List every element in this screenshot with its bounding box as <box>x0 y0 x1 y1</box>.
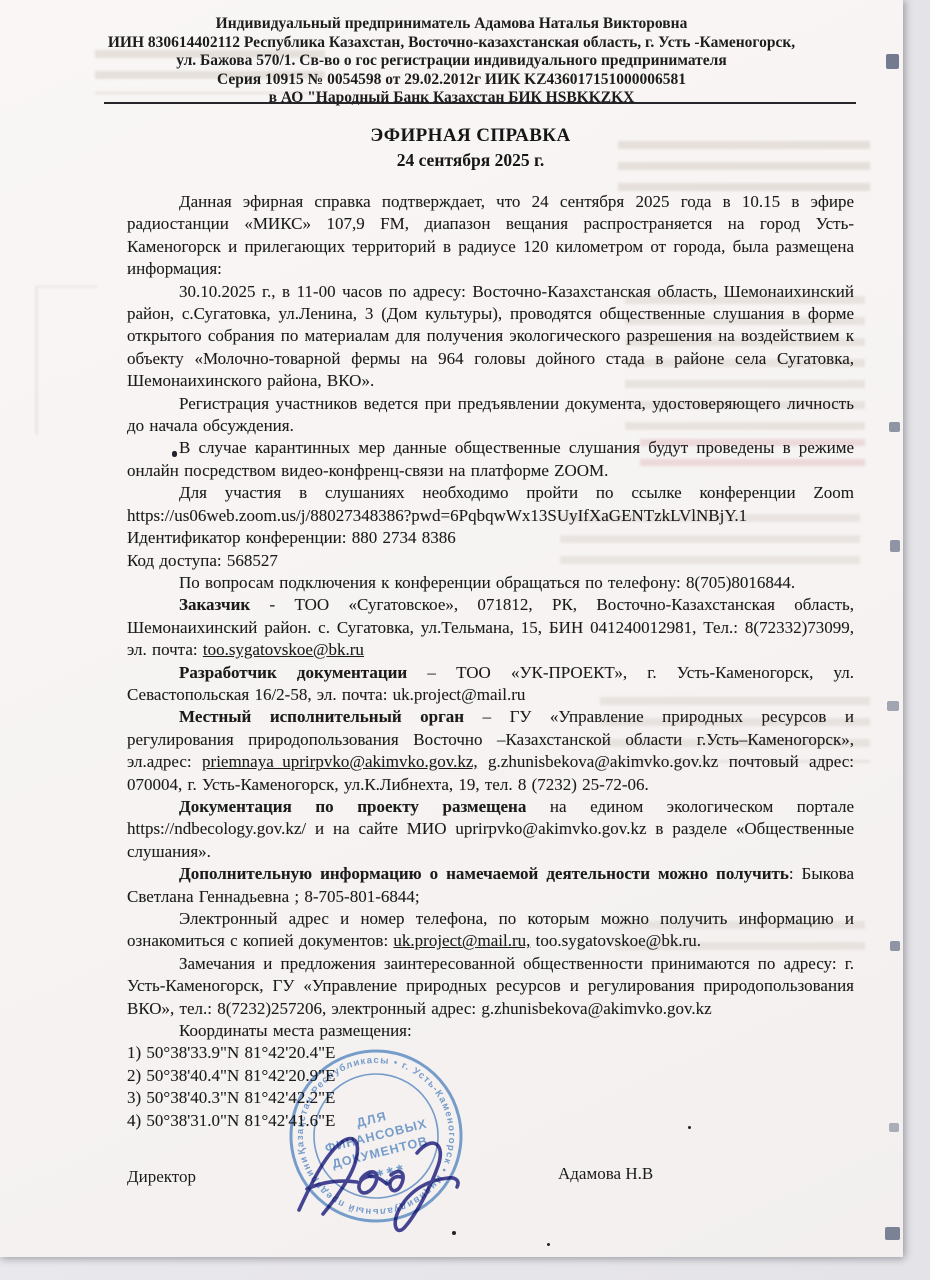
header-divider <box>104 102 856 104</box>
paragraph: Разработчик документации – ТОО «УК-ПРОЕК… <box>127 662 854 707</box>
paragraph: Идентификатор конференции: 880 2734 8386 <box>127 527 854 549</box>
paragraph: Данная эфирная справка подтверждает, что… <box>127 191 854 281</box>
paragraph: Местный исполнительный орган – ГУ «Управ… <box>127 706 854 796</box>
scan-edge-mark <box>889 422 900 432</box>
paragraph: 1) 50°38'33.9"N 81°42'20.4"E <box>127 1042 854 1064</box>
paragraph: 30.10.2025 г., в 11-00 часов по адресу: … <box>127 281 854 393</box>
document-title: ЭФИРНАЯ СПРАВКА 24 сентября 2025 г. <box>100 123 841 173</box>
handwritten-signature <box>293 1122 498 1240</box>
paragraph: 3) 50°38'40.3"N 81°42'42.2"E <box>127 1087 854 1109</box>
paragraph: Регистрация участников ведется при предъ… <box>127 393 854 438</box>
document-title-text: ЭФИРНАЯ СПРАВКА <box>100 123 841 148</box>
scan-edge-mark <box>887 701 899 711</box>
header-line: Индивидуальный предприниматель Адамова Н… <box>55 15 848 34</box>
document-page: Индивидуальный предприниматель Адамова Н… <box>0 0 903 1257</box>
bleed-through-artifact <box>36 286 97 435</box>
paragraph: Координаты места размещения: <box>127 1020 854 1042</box>
paragraph: Документация по проекту размещена на еди… <box>127 796 854 863</box>
paragraph: Заказчик - ТОО «Сугатовское», 071812, РК… <box>127 594 854 661</box>
paragraph: По вопросам подключения к конференции об… <box>127 572 854 594</box>
document-body: Данная эфирная справка подтверждает, что… <box>127 191 854 1132</box>
paragraph: 2) 50°38'40.4"N 81°42'20.9"E <box>127 1065 854 1087</box>
document-date: 24 сентября 2025 г. <box>100 148 841 173</box>
paragraph: Код доступа: 568527 <box>127 550 854 572</box>
scan-edge-mark <box>885 1227 900 1240</box>
paragraph: Замечания и предложения заинтересованной… <box>127 953 854 1020</box>
scan-edge-mark <box>886 54 899 69</box>
header-line: ул. Бажова 570/1. Св-во о гос регистраци… <box>55 52 848 71</box>
scan-edge-mark <box>889 1123 899 1132</box>
scan-edge-mark <box>890 941 900 951</box>
document-header: Индивидуальный предприниматель Адамова Н… <box>55 15 848 108</box>
header-line: Серия 10915 № 0054598 от 29.02.2012г ИИК… <box>55 71 848 90</box>
scanner-background: Индивидуальный предприниматель Адамова Н… <box>0 0 930 1280</box>
signature-role-label: Директор <box>127 1167 196 1187</box>
paragraph: Дополнительную информацию о намечаемой д… <box>127 863 854 908</box>
paragraph: Для участия в слушаниях необходимо пройт… <box>127 482 854 527</box>
ink-speck <box>547 1243 550 1246</box>
header-line: в АО "Народный Банк Казахстан БИК HSBKKZ… <box>55 89 848 108</box>
header-line: ИИН 830614402112 Республика Казахстан, В… <box>55 34 848 53</box>
signatory-name: Адамова Н.В <box>558 1164 653 1184</box>
paragraph: В случае карантинных мер данные обществе… <box>127 437 854 482</box>
scan-edge-mark <box>890 540 900 552</box>
paragraph: Электронный адрес и номер телефона, по к… <box>127 908 854 953</box>
